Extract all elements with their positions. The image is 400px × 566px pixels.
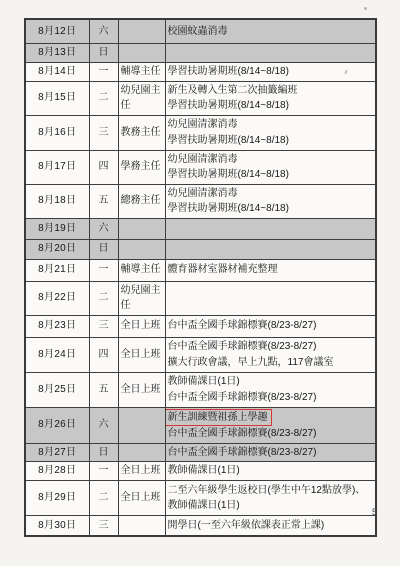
- weekday-cell: 三: [89, 516, 118, 536]
- weekday-cell: 一: [89, 62, 118, 81]
- weekday-cell: 四: [89, 337, 118, 372]
- date-cell: 8月24日: [25, 337, 89, 372]
- activity-line: 學習扶助暑期班(8/14~8/18): [168, 201, 374, 217]
- activities-cell: 體育器材室器材補充整理: [165, 259, 376, 281]
- activity-line: 新生訓練暨祖孫上學趣: [168, 409, 374, 427]
- duty-cell: [118, 516, 165, 536]
- activity-line: 台中盃全國手球錦標賽(8/23-8/27): [168, 426, 374, 442]
- table-row: 8月29日二全日上班二至六年級學生返校日(學生中午12點放學)、教師備課日(1日…: [25, 481, 376, 516]
- activities-cell: 教師備課日(1日)台中盃全國手球錦標賽(8/23-8/27): [165, 372, 376, 407]
- table-row: 8月21日一輔導主任體育器材室器材補充整理: [25, 259, 376, 281]
- activities-cell: 二至六年級學生返校日(學生中午12點放學)、教師備課日(1日): [165, 481, 376, 516]
- date-cell: 8月18日: [25, 184, 89, 218]
- weekday-cell: 三: [89, 315, 118, 337]
- weekday-cell: 五: [89, 184, 118, 218]
- duty-cell: [118, 218, 165, 239]
- activities-cell: 台中盃全國手球錦標賽(8/23-8/27): [165, 443, 376, 462]
- date-cell: 8月12日: [25, 19, 89, 43]
- activity-line: 教師備課日(1日): [168, 374, 374, 390]
- activity-line: 體育器材室器材補充整理: [168, 262, 374, 278]
- weekday-cell: 六: [89, 19, 118, 43]
- duty-cell: [118, 239, 165, 259]
- activity-line: 幼兒園清潔消毒: [168, 117, 374, 133]
- table-row: 8月22日二幼兒園主任: [25, 281, 376, 315]
- date-cell: 8月28日: [25, 462, 89, 481]
- date-cell: 8月16日: [25, 115, 89, 150]
- date-cell: 8月17日: [25, 150, 89, 184]
- weekday-cell: 六: [89, 407, 118, 443]
- duty-cell: 學務主任: [118, 150, 165, 184]
- duty-cell: [118, 19, 165, 43]
- activities-cell: [165, 218, 376, 239]
- activities-cell: 台中盃全國手球錦標賽(8/23-8/27): [165, 315, 376, 337]
- table-row: 8月18日五總務主任幼兒園清潔消毒學習扶助暑期班(8/14~8/18): [25, 184, 376, 218]
- date-cell: 8月23日: [25, 315, 89, 337]
- activity-line: 幼兒園清潔消毒: [168, 186, 374, 202]
- activity-line: 教師備課日(1日): [168, 463, 374, 479]
- weekday-cell: 六: [89, 218, 118, 239]
- duty-cell: 全日上班: [118, 462, 165, 481]
- weekday-cell: 一: [89, 259, 118, 281]
- date-cell: 8月21日: [25, 259, 89, 281]
- table-row: 8月24日四全日上班台中盃全國手球錦標賽(8/23-8/27)擴大行政會議，早上…: [25, 337, 376, 372]
- activities-cell: [165, 239, 376, 259]
- duty-cell: 幼兒園主任: [118, 281, 165, 315]
- duty-cell: [118, 407, 165, 443]
- weekday-cell: 二: [89, 281, 118, 315]
- activity-line: 學習扶助暑期班(8/14~8/18): [168, 64, 374, 80]
- date-cell: 8月19日: [25, 218, 89, 239]
- activity-line: 學習扶助暑期班(8/14~8/18): [168, 167, 374, 183]
- date-cell: 8月13日: [25, 43, 89, 62]
- date-cell: 8月30日: [25, 516, 89, 536]
- table-row: 8月25日五全日上班教師備課日(1日)台中盃全國手球錦標賽(8/23-8/27): [25, 372, 376, 407]
- date-cell: 8月29日: [25, 481, 89, 516]
- activity-line: 台中盃全國手球錦標賽(8/23-8/27): [168, 445, 374, 461]
- activity-line: 學習扶助暑期班(8/14~8/18): [168, 133, 374, 149]
- table-row: 8月16日三教務主任幼兒園清潔消毒學習扶助暑期班(8/14~8/18): [25, 115, 376, 150]
- date-cell: 8月25日: [25, 372, 89, 407]
- activities-cell: 幼兒園清潔消毒學習扶助暑期班(8/14~8/18): [165, 150, 376, 184]
- duty-cell: 全日上班: [118, 337, 165, 372]
- duty-cell: 輔導主任: [118, 259, 165, 281]
- activities-cell: [165, 43, 376, 62]
- date-cell: 8月22日: [25, 281, 89, 315]
- activity-line: 台中盃全國手球錦標賽(8/23-8/27): [168, 390, 374, 406]
- activity-line: 台中盃全國手球錦標賽(8/23-8/27): [168, 339, 374, 355]
- duty-cell: 全日上班: [118, 372, 165, 407]
- weekday-cell: 四: [89, 150, 118, 184]
- date-cell: 8月15日: [25, 81, 89, 115]
- activities-cell: 幼兒園清潔消毒學習扶助暑期班(8/14~8/18): [165, 115, 376, 150]
- table-row: 8月14日一輔導主任學習扶助暑期班(8/14~8/18): [25, 62, 376, 81]
- duty-cell: 全日上班: [118, 315, 165, 337]
- activity-line: 新生及轉入生第二次抽籤編班: [168, 83, 374, 99]
- date-cell: 8月20日: [25, 239, 89, 259]
- duty-cell: 幼兒園主任: [118, 81, 165, 115]
- activities-cell: 台中盃全國手球錦標賽(8/23-8/27)擴大行政會議，早上九點，117會議室: [165, 337, 376, 372]
- table-row: 8月28日一全日上班教師備課日(1日): [25, 462, 376, 481]
- table-row: 8月15日二幼兒園主任新生及轉入生第二次抽籤編班學習扶助暑期班(8/14~8/1…: [25, 81, 376, 115]
- activity-line: 開學日(一至六年級依課表正常上課): [168, 518, 374, 534]
- duty-cell: 教務主任: [118, 115, 165, 150]
- table-row: 8月26日六新生訓練暨祖孫上學趣台中盃全國手球錦標賽(8/23-8/27): [25, 407, 376, 443]
- scanned-page: 8月12日六校園蚊蟲消毒8月13日日8月14日一輔導主任學習扶助暑期班(8/14…: [0, 0, 400, 566]
- table-row: 8月30日三開學日(一至六年級依課表正常上課): [25, 516, 376, 536]
- schedule-body: 8月12日六校園蚊蟲消毒8月13日日8月14日一輔導主任學習扶助暑期班(8/14…: [25, 19, 376, 536]
- duty-cell: [118, 443, 165, 462]
- page-number: 5: [372, 507, 377, 517]
- activity-line: 二至六年級學生返校日(學生中午12點放學)、教師備課日(1日): [168, 483, 374, 514]
- activities-cell: [165, 281, 376, 315]
- weekday-cell: 日: [89, 443, 118, 462]
- table-row: 8月27日日台中盃全國手球錦標賽(8/23-8/27): [25, 443, 376, 462]
- weekday-cell: 二: [89, 481, 118, 516]
- highlight-box: 新生訓練暨祖孫上學趣: [165, 409, 272, 427]
- activities-cell: 幼兒園清潔消毒學習扶助暑期班(8/14~8/18): [165, 184, 376, 218]
- schedule-table: 8月12日六校園蚊蟲消毒8月13日日8月14日一輔導主任學習扶助暑期班(8/14…: [24, 18, 377, 537]
- weekday-cell: 日: [89, 43, 118, 62]
- weekday-cell: 日: [89, 239, 118, 259]
- weekday-cell: 三: [89, 115, 118, 150]
- table-row: 8月23日三全日上班台中盃全國手球錦標賽(8/23-8/27): [25, 315, 376, 337]
- table-row: 8月13日日: [25, 43, 376, 62]
- date-cell: 8月27日: [25, 443, 89, 462]
- activity-line: 擴大行政會議，早上九點，117會議室: [168, 355, 374, 371]
- weekday-cell: 二: [89, 81, 118, 115]
- duty-cell: 輔導主任: [118, 62, 165, 81]
- duty-cell: [118, 43, 165, 62]
- weekday-cell: 五: [89, 372, 118, 407]
- weekday-cell: 一: [89, 462, 118, 481]
- activities-cell: 教師備課日(1日): [165, 462, 376, 481]
- activity-line: 台中盃全國手球錦標賽(8/23-8/27): [168, 318, 374, 334]
- activities-cell: 新生訓練暨祖孫上學趣台中盃全國手球錦標賽(8/23-8/27): [165, 407, 376, 443]
- scan-artifact: [364, 7, 367, 10]
- date-cell: 8月26日: [25, 407, 89, 443]
- table-row: 8月19日六: [25, 218, 376, 239]
- duty-cell: 總務主任: [118, 184, 165, 218]
- date-cell: 8月14日: [25, 62, 89, 81]
- activity-line: 校園蚊蟲消毒: [168, 24, 374, 40]
- activities-cell: 校園蚊蟲消毒: [165, 19, 376, 43]
- table-row: 8月20日日: [25, 239, 376, 259]
- activities-cell: 新生及轉入生第二次抽籤編班學習扶助暑期班(8/14~8/18): [165, 81, 376, 115]
- activities-cell: 開學日(一至六年級依課表正常上課): [165, 516, 376, 536]
- table-row: 8月12日六校園蚊蟲消毒: [25, 19, 376, 43]
- activity-line: 學習扶助暑期班(8/14~8/18): [168, 98, 374, 114]
- table-row: 8月17日四學務主任幼兒園清潔消毒學習扶助暑期班(8/14~8/18): [25, 150, 376, 184]
- activity-line: 幼兒園清潔消毒: [168, 152, 374, 168]
- duty-cell: 全日上班: [118, 481, 165, 516]
